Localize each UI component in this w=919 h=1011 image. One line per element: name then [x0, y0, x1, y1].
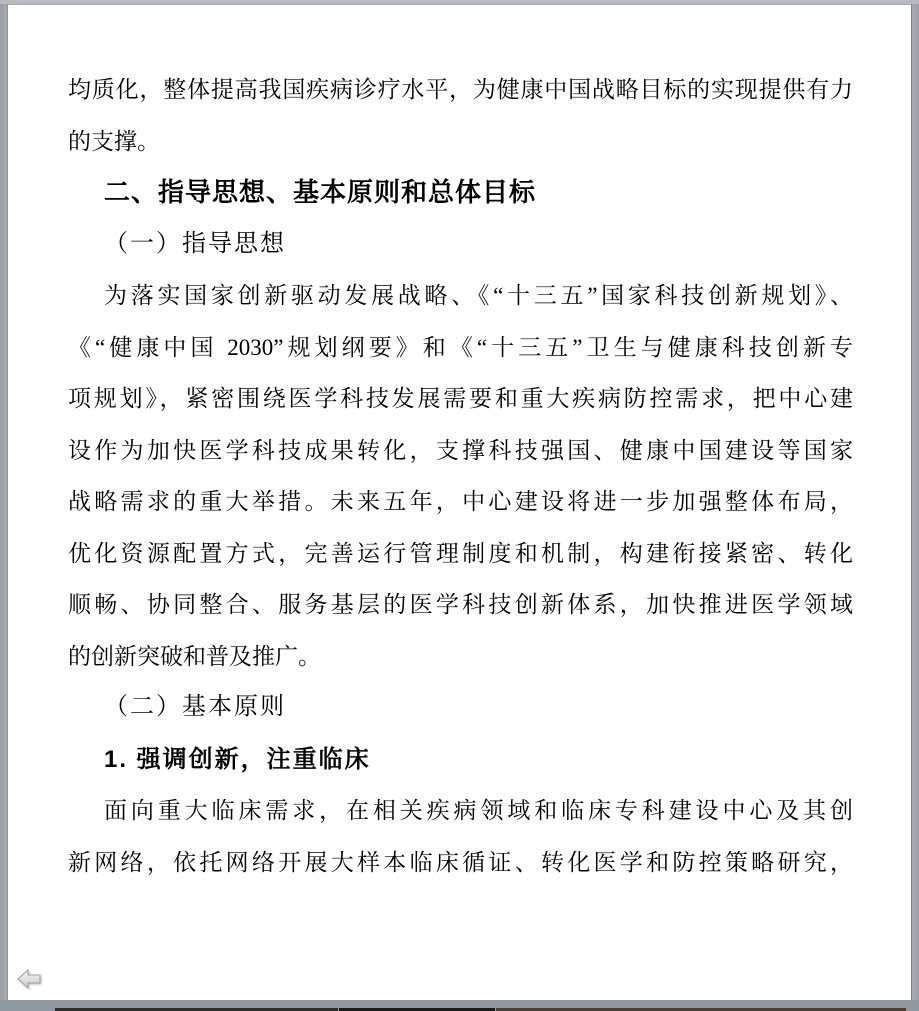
- text-line: 的创新突破和普及推广。: [68, 631, 853, 683]
- text-line: 为落实国家创新驱动发展战略、《“十三五”国家科技创新规划》、: [68, 270, 853, 322]
- text-line: 面向重大临床需求，在相关疾病领域和临床专科建设中心及其创: [68, 785, 853, 837]
- text-line: 《“健康中国 2030”规划纲要》和《“十三五”卫生与健康科技创新专: [68, 322, 853, 374]
- document-viewport: 均质化，整体提高我国疾病诊疗水平，为健康中国战略目标的实现提供有力的支撑。二、指…: [0, 0, 919, 1011]
- text-line: 项规划》，紧密围绕医学科技发展需要和重大疾病防控需求，把中心建: [68, 373, 853, 425]
- document-lines: 均质化，整体提高我国疾病诊疗水平，为健康中国战略目标的实现提供有力的支撑。二、指…: [68, 64, 853, 888]
- text-line: 的支撑。: [68, 116, 853, 168]
- bottom-frame-band: [0, 1000, 919, 1011]
- text-line: 战略需求的重大举措。未来五年，中心建设将进一步加强整体布局，: [68, 476, 853, 528]
- text-line: （一）指导思想: [68, 219, 853, 271]
- text-line: 新网络，依托网络开展大样本临床循证、转化医学和防控策略研究，: [68, 837, 853, 889]
- document-page: 均质化，整体提高我国疾病诊疗水平，为健康中国战略目标的实现提供有力的支撑。二、指…: [7, 4, 912, 1000]
- text-line: 均质化，整体提高我国疾病诊疗水平，为健康中国战略目标的实现提供有力: [68, 64, 853, 116]
- text-line: 顺畅、协同整合、服务基层的医学科技创新体系，加快推进医学领域: [68, 579, 853, 631]
- text-line: 1. 强调创新，注重临床: [68, 734, 853, 786]
- text-line: （二）基本原则: [68, 682, 853, 734]
- text-line: 设作为加快医学科技成果转化，支撑科技强国、健康中国建设等国家: [68, 425, 853, 477]
- text-line: 二、指导思想、基本原则和总体目标: [68, 167, 853, 219]
- back-arrow-icon[interactable]: [17, 968, 42, 992]
- text-line: 优化资源配置方式，完善运行管理制度和机制，构建衔接紧密、转化: [68, 528, 853, 580]
